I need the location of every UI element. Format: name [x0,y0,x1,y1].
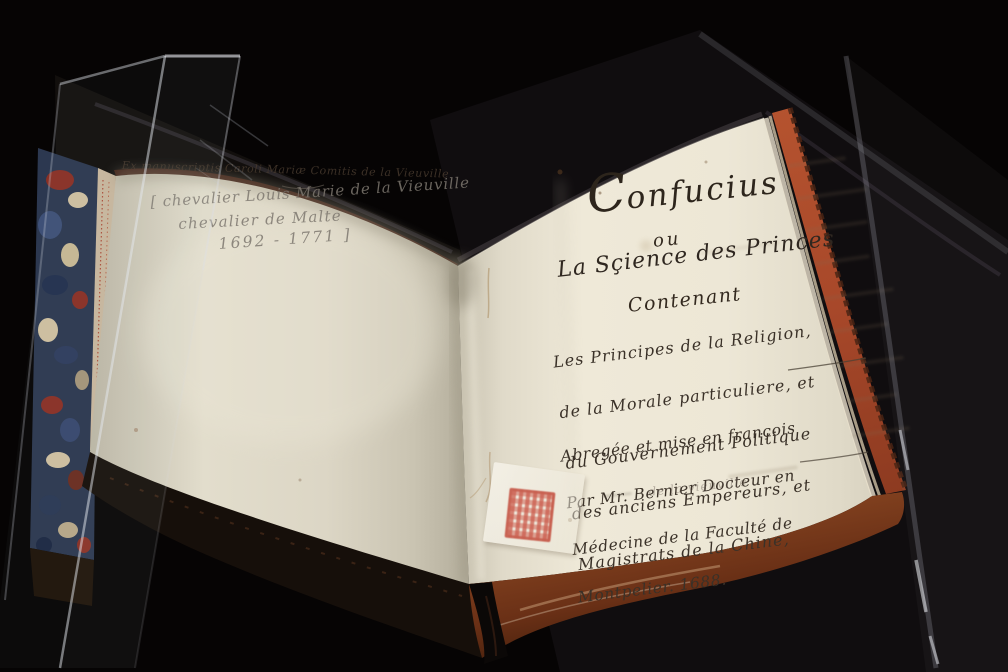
museum-display-scene: Ex manuscriptis Caroli Mariæ Comitis de … [0,0,1008,672]
show-through-line [815,254,870,266]
show-through-line [830,322,888,334]
imprint-line: Médecine de la Faculté de [571,515,808,560]
show-through-line [822,287,894,301]
title-subtitle: La Sçience des Princes [556,226,836,283]
show-through-line [845,392,897,403]
left-page-pencil-line-1: [ chevalier Louis Marie de la Vieuville [150,174,470,211]
show-through-line [838,355,904,368]
show-through-line [852,426,910,438]
show-through-line [797,187,867,201]
left-page-pencil-line-3: 1692 - 1771 ] [218,227,352,254]
contents-line: Les Principes de la Religion, [552,322,812,371]
imprint-block: Abregée et mise en françois Par Mr. Bern… [556,389,818,637]
manuscript-text-layer: Ex manuscriptis Caroli Mariæ Comitis de … [0,0,1008,672]
title-confucius: Confucius [584,148,781,227]
red-collection-seal [505,488,556,543]
show-through-line [788,156,846,168]
imprint-line: Montpelier. 1688. [577,562,814,607]
imprint-line: Abregée et mise en françois [560,421,797,466]
